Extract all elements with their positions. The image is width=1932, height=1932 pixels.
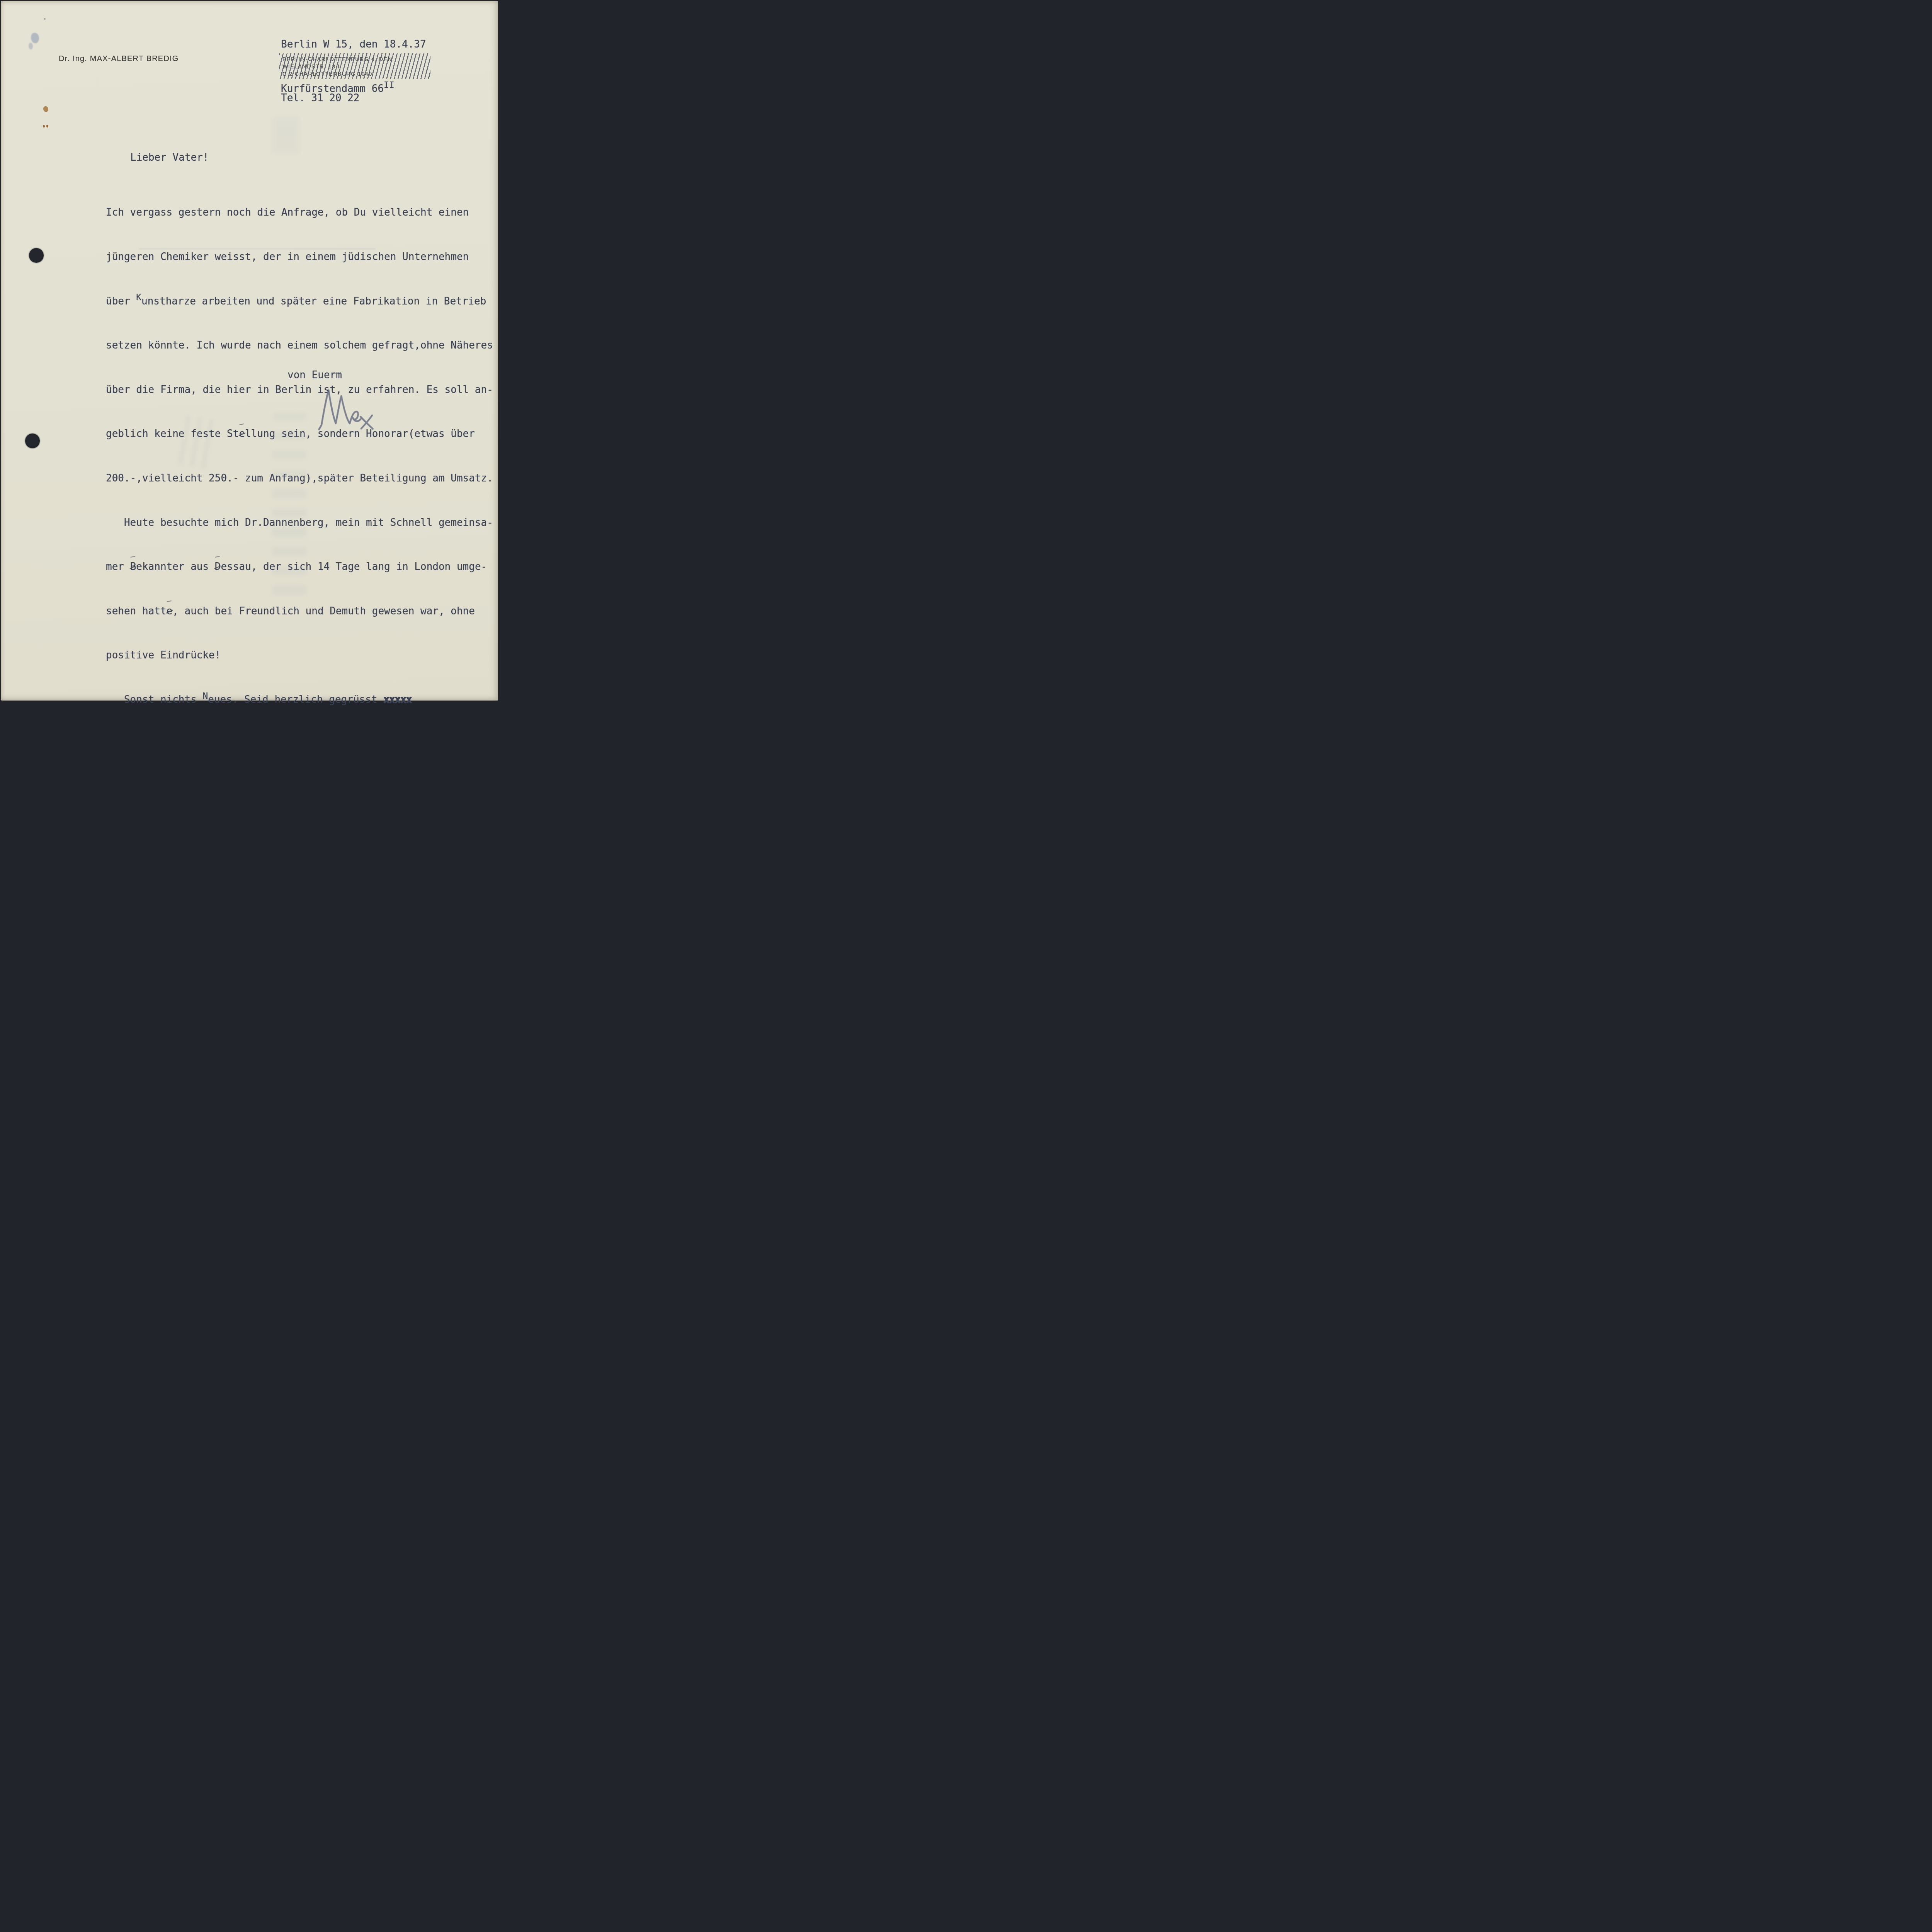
typed-date: Berlin W 15, den 18.4.37 [281, 39, 426, 50]
ink-smudge [31, 33, 39, 43]
handwritten-signature [314, 383, 384, 435]
strikeout-hatching [279, 53, 430, 79]
salutation: Lieber Vater! [130, 152, 209, 163]
letterhead-name: Dr. Ing. MAX-ALBERT BREDIG [59, 54, 179, 63]
scan-background: { "scan": { "background_color": "#21242a… [0, 0, 507, 708]
closing: von Euerm [287, 369, 342, 381]
rust-speck [46, 125, 48, 128]
letter-line: über die Firma, die hier in Berlin ist, … [106, 383, 493, 397]
dust-fleck [44, 18, 46, 20]
letter-line: setzen könnte. Ich wurde nach einem solc… [106, 338, 493, 353]
letter-line: mer Bekannter aus Dessau, der sich 14 Ta… [106, 560, 493, 574]
letter-line: jüngeren Chemiker weisst, der in einem j… [106, 250, 493, 264]
letter-page: Dr. Ing. MAX-ALBERT BREDIG Berlin W 15, … [1, 1, 498, 701]
letter-line: sehen hatte, auch bei Freundlich und Dem… [106, 604, 493, 619]
letter-line: über Kunstharze arbeiten und später eine… [106, 294, 493, 309]
letter-line: Sonst nichts Neues. Seid herzlich gegrüs… [106, 692, 493, 707]
letter-line: geblich keine feste Stellung sein, sonde… [106, 427, 493, 441]
letter-line: Heute besuchte mich Dr.Dannenberg, mein … [106, 515, 493, 530]
faint-streak [139, 248, 376, 250]
ink-smudge [29, 43, 33, 49]
letter-line: 200.-,vielleicht 250.- zum Anfang),späte… [106, 471, 493, 486]
letter-line: Ich vergass gestern noch die Anfrage, ob… [106, 205, 493, 220]
ghost-impression [272, 117, 299, 153]
letter-body: Ich vergass gestern noch die Anfrage, ob… [106, 176, 493, 708]
rust-speck [43, 106, 48, 112]
punch-hole [25, 434, 40, 448]
typed-phone-line: Tel. 31 20 22 [281, 92, 360, 104]
letter-line: positive Eindrücke! [106, 648, 493, 663]
rust-speck [43, 125, 45, 128]
punch-hole [29, 248, 44, 263]
